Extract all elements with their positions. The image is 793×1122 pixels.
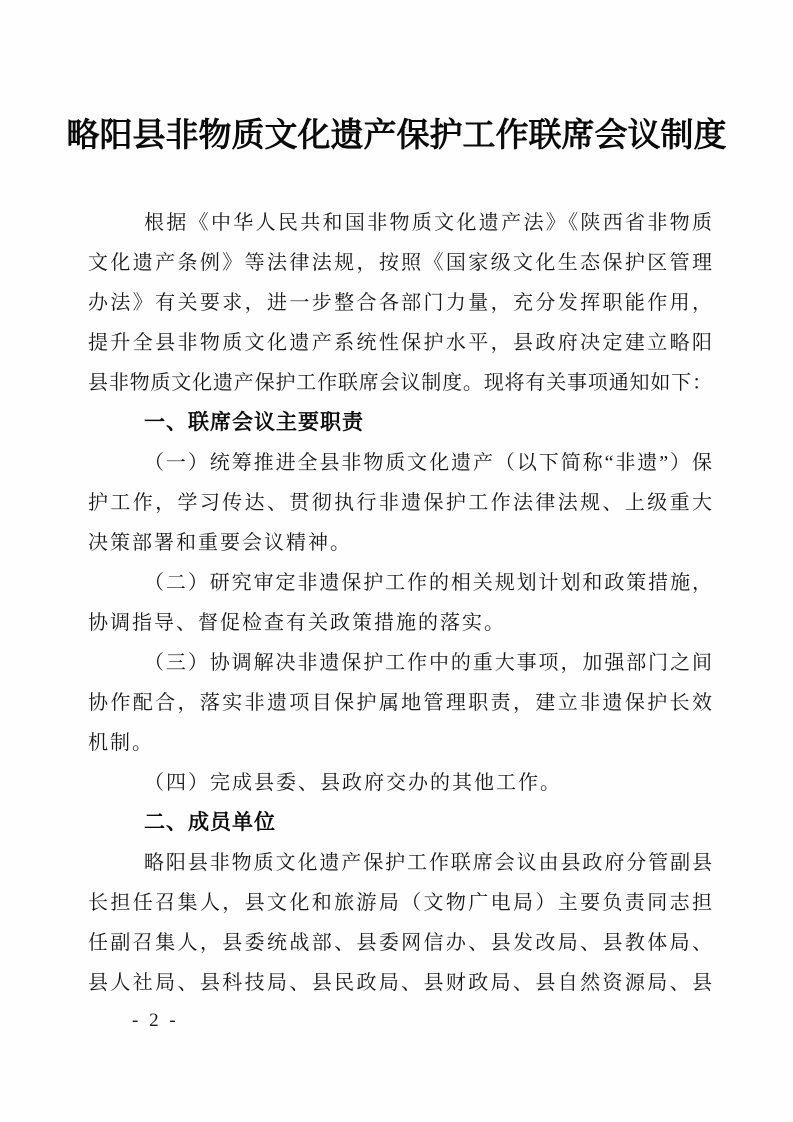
body-line-2: 文化遗产条例》等法律法规，按照《国家级文化生态保护区管理 <box>88 243 712 283</box>
document-page: 略阳县非物质文化遗产保护工作联席会议制度 根据《中华人民共和国非物质文化遗产法》… <box>0 0 793 1122</box>
body-line-8: 护工作，学习传达、贯彻执行非遗保护工作法律法规、上级重大 <box>88 483 712 523</box>
body-line-19: 任副召集人，县委统战部、县委网信办、县发改局、县教体局、 <box>88 923 712 963</box>
document-title: 略阳县非物质文化遗产保护工作联席会议制度 <box>0 116 793 156</box>
section-heading-2: 二、成员单位 <box>88 803 712 843</box>
body-line-7: （一）统筹推进全县非物质文化遗产（以下简称“非遗”）保 <box>88 443 712 483</box>
body-line-18: 长担任召集人，县文化和旅游局（文物广电局）主要负责同志担 <box>88 883 712 923</box>
body-line-17: 略阳县非物质文化遗产保护工作联席会议由县政府分管副县 <box>88 843 712 883</box>
body-line-10: （二）研究审定非遗保护工作的相关规划计划和政策措施， <box>88 563 712 603</box>
document-body: 根据《中华人民共和国非物质文化遗产法》《陕西省非物质 文化遗产条例》等法律法规，… <box>88 203 712 1003</box>
body-line-11: 协调指导、督促检查有关政策措施的落实。 <box>88 603 712 643</box>
body-line-1: 根据《中华人民共和国非物质文化遗产法》《陕西省非物质 <box>88 203 712 243</box>
page-number: - 2 - <box>132 1010 178 1032</box>
section-heading-1: 一、联席会议主要职责 <box>88 403 712 443</box>
body-line-13: 协作配合，落实非遗项目保护属地管理职责，建立非遗保护长效 <box>88 683 712 723</box>
body-line-9: 决策部署和重要会议精神。 <box>88 523 712 563</box>
body-line-14: 机制。 <box>88 723 712 763</box>
body-line-5: 县非物质文化遗产保护工作联席会议制度。现将有关事项通知如下： <box>88 363 712 403</box>
body-line-12: （三）协调解决非遗保护工作中的重大事项，加强部门之间 <box>88 643 712 683</box>
body-line-4: 提升全县非物质文化遗产系统性保护水平，县政府决定建立略阳 <box>88 323 712 363</box>
body-line-20: 县人社局、县科技局、县民政局、县财政局、县自然资源局、县 <box>88 963 712 1003</box>
body-line-3: 办法》有关要求，进一步整合各部门力量，充分发挥职能作用， <box>88 283 712 323</box>
body-line-15: （四）完成县委、县政府交办的其他工作。 <box>88 763 712 803</box>
